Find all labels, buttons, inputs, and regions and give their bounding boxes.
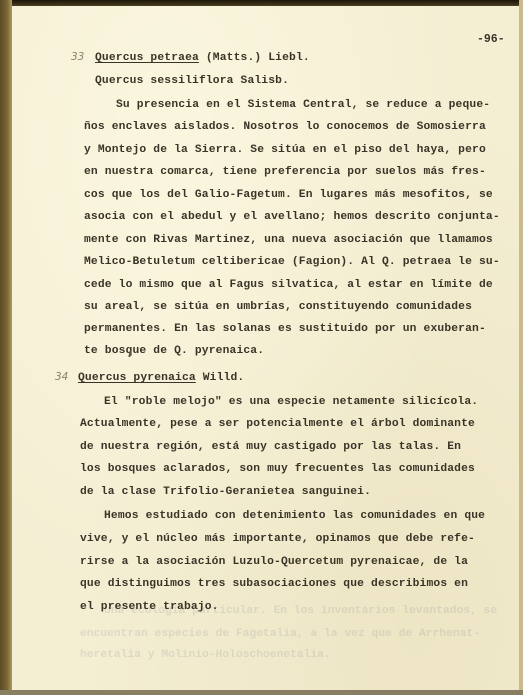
species-name: Quercus pyrenaica bbox=[78, 372, 196, 384]
body-line: y Montejo de la Sierra. Se sitúa en el p… bbox=[84, 143, 486, 157]
body-line: cos que los del Galio-Fagetum. En lugare… bbox=[84, 188, 493, 202]
bleed-through-line: encuentran especies de Fagetalia, a la v… bbox=[80, 628, 480, 640]
body-line: cede lo mismo que al Fagus silvatica, al… bbox=[84, 278, 493, 292]
body-line: rirse a la asociación Luzulo-Quercetum p… bbox=[80, 555, 468, 569]
scan-binding-edge bbox=[0, 0, 12, 695]
body-line: vive, y el núcleo más importante, opinam… bbox=[80, 532, 475, 546]
scan-right-edge bbox=[519, 0, 523, 695]
species-heading: Quercus petraea (Matts.) Liebl. bbox=[95, 51, 310, 65]
body-line: El "roble melojo" es una especie netamen… bbox=[104, 395, 478, 409]
species-synonym: Quercus sessiliflora Salisb. bbox=[95, 74, 289, 88]
species-name: Quercus petraea bbox=[95, 52, 199, 64]
body-line: ños enclaves aislados. Nosotros lo conoc… bbox=[84, 120, 486, 134]
body-line: Su presencia en el Sistema Central, se r… bbox=[116, 98, 490, 112]
body-line: Actualmente, pese a ser potencialmente e… bbox=[80, 417, 475, 431]
body-line: asocia con el abedul y el avellano; hemo… bbox=[84, 210, 500, 224]
handwritten-entry-number: 33 bbox=[71, 51, 84, 63]
bleed-through-line: heretalia y Molinio-Holoschoenetalia. bbox=[80, 649, 331, 661]
handwritten-entry-number: 34 bbox=[55, 371, 68, 383]
body-line: el presente trabajo. bbox=[80, 600, 219, 614]
species-authority: Willd. bbox=[196, 372, 245, 384]
body-line: Melico-Betuletum celtibericae (Fagion). … bbox=[84, 255, 500, 269]
scan-bottom-edge bbox=[0, 690, 523, 695]
body-line: mente con Rivas Martinez, una nueva asoc… bbox=[84, 233, 493, 247]
body-line: de nuestra región, está muy castigado po… bbox=[80, 440, 461, 454]
body-line: te bosque de Q. pyrenaica. bbox=[84, 344, 264, 358]
body-line: en nuestra comarca, tiene preferencia po… bbox=[84, 165, 486, 179]
species-heading: Quercus pyrenaica Willd. bbox=[78, 371, 244, 385]
page-number: -96- bbox=[477, 33, 505, 46]
body-line: permanentes. En las solanas es sustituid… bbox=[84, 322, 486, 336]
species-authority: (Matts.) Liebl. bbox=[199, 52, 310, 64]
body-line: los bosques aclarados, son muy frecuente… bbox=[80, 462, 475, 476]
body-line: su areal, se sitúa en umbrías, constituy… bbox=[84, 300, 472, 314]
body-line: de la clase Trifolio-Geranietea sanguine… bbox=[80, 485, 371, 499]
body-line: que distinguimos tres subasociaciones qu… bbox=[80, 577, 468, 591]
body-line: Hemos estudiado con detenimiento las com… bbox=[104, 509, 485, 523]
typewritten-page: -96- una ecología particular. En los inv… bbox=[12, 6, 519, 690]
